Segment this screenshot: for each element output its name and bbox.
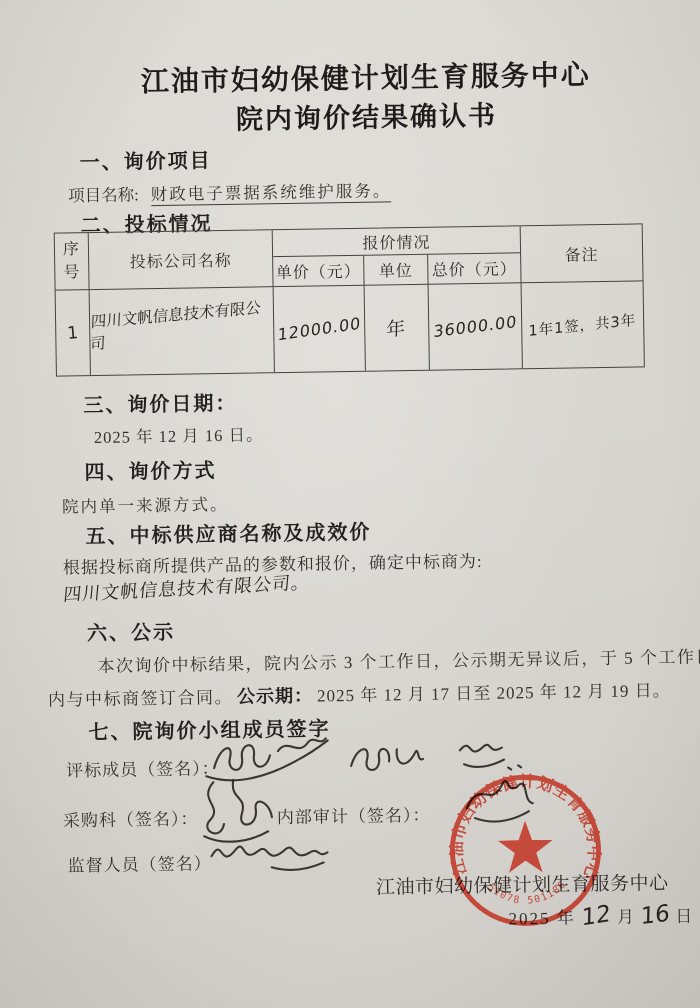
section6-heading: 六、公示 bbox=[87, 616, 175, 646]
seal-star bbox=[498, 820, 553, 873]
inquiry-method: 院内单一来源方式。 bbox=[62, 491, 229, 518]
official-red-seal: 江油市妇幼保健计划生育服务中心 51078 501186 bbox=[445, 770, 605, 930]
project-name-label: 项目名称: bbox=[68, 185, 139, 205]
section1-heading: 一、询价项目 bbox=[79, 144, 211, 175]
section3-heading: 三、询价日期： bbox=[83, 387, 237, 418]
col-header-total: 总价（元） bbox=[428, 253, 521, 284]
footer-date-month-char: 月 bbox=[617, 908, 634, 927]
col-header-company: 投标公司名称 bbox=[89, 230, 274, 290]
section4-heading: 四、询价方式 bbox=[84, 454, 216, 485]
signature-evaluator-2 bbox=[339, 735, 430, 788]
publicity-period-value: 2025 年 12 月 17 日至 2025 年 12 月 19 日。 bbox=[317, 681, 671, 706]
col-header-quote-group: 报价情况 bbox=[273, 226, 521, 257]
document-page: 江油市妇幼保健计划生育服务中心 院内询价结果确认书 一、询价项目 项目名称: 财… bbox=[0, 0, 700, 1008]
inquiry-date: 2025 年 12 月 16 日。 bbox=[94, 421, 264, 448]
procurement-label: 采购科（签名）： bbox=[63, 804, 199, 831]
supervisor-label: 监督人员（签名） bbox=[67, 849, 211, 876]
table-row-company: 四川文帆信息技术有限公司 bbox=[90, 287, 275, 375]
publicity-paragraph-line1: 本次询价中标结果，院内公示 3 个工作日，公示期无异议后，于 5 个工作日 bbox=[97, 642, 700, 677]
signature-supervisor bbox=[201, 826, 337, 884]
svg-text:51078 501186: 51078 501186 bbox=[485, 879, 569, 908]
col-header-unit: 单位 bbox=[364, 255, 428, 286]
internal-audit-label: 内部审计（签名）： bbox=[277, 801, 431, 828]
table-row-unit-price: 12000.00 bbox=[274, 286, 366, 372]
seal-code-text: 51078 501186 bbox=[485, 879, 569, 908]
project-name-value: 财政电子票据系统维护服务。 bbox=[151, 181, 392, 206]
scanned-document-photo: 江油市妇幼保健计划生育服务中心 院内询价结果确认书 一、询价项目 项目名称: 财… bbox=[0, 0, 700, 1008]
col-header-remark: 备注 bbox=[521, 224, 643, 283]
table-row-seq: 1 bbox=[56, 290, 91, 376]
col-header-seq: 序号 bbox=[55, 233, 90, 291]
table-row-remark: 1年1签，共3年 bbox=[522, 281, 644, 368]
footer-date-day-handwritten: 16 bbox=[640, 900, 670, 930]
publicity-period-label: 公示期： bbox=[237, 686, 313, 707]
col-header-unit-price: 单价（元） bbox=[273, 256, 364, 287]
table-row-unit: 年 bbox=[365, 285, 430, 371]
bid-table: 序号 投标公司名称 报价情况 备注 单价（元） 单位 总价（元） 1 四川文帆信… bbox=[54, 223, 645, 376]
section5-heading: 五、中标供应商名称及成效价 bbox=[85, 516, 371, 549]
footer-date-day-char: 日 bbox=[675, 907, 692, 926]
publicity-paragraph-line2: 内与中标商签订合同。 bbox=[48, 688, 233, 710]
table-row-total: 36000.00 bbox=[429, 283, 523, 369]
